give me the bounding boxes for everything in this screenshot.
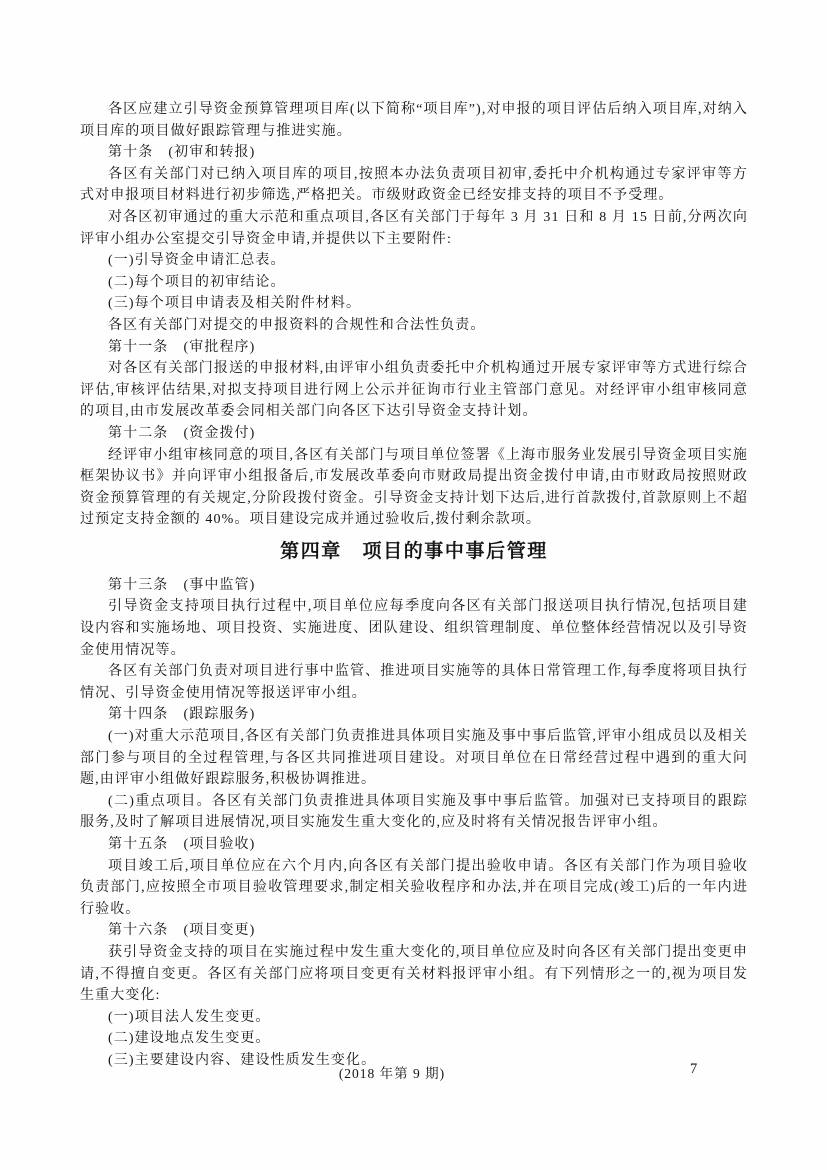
- paragraph: 对各区有关部门报送的申报材料,由评审小组负责委托中介机构通过开展专家评审等方式进…: [80, 358, 748, 423]
- article-heading: 第十二条 (资金拨付): [80, 423, 748, 445]
- list-item: (二)建设地点发生变更。: [80, 1028, 748, 1050]
- paragraph: 获引导资金支持的项目在实施过程中发生重大变化的,项目单位应及时向各区有关部门提出…: [80, 942, 748, 1007]
- paragraph: 各区有关部门对已纳入项目库的项目,按照本办法负责项目初审,委托中介机构通过专家评…: [80, 164, 748, 207]
- article-heading: 第十三条 (事中监管): [80, 575, 748, 597]
- article-heading: 第十四条 (跟踪服务): [80, 704, 748, 726]
- footer-page-number: 7: [690, 1061, 697, 1078]
- document-body: 各区应建立引导资金预算管理项目库(以下简称“项目库”),对申报的项目评估后纳入项…: [80, 99, 748, 1072]
- paragraph: 对各区初审通过的重大示范和重点项目,各区有关部门于每年 3 月 31 日和 8 …: [80, 207, 748, 250]
- list-item: (一)项目法人发生变更。: [80, 1007, 748, 1029]
- list-item: (二)每个项目的初审结论。: [80, 272, 748, 294]
- article-heading: 第十一条 (审批程序): [80, 337, 748, 359]
- chapter-heading: 第四章 项目的事中事后管理: [80, 540, 748, 564]
- article-heading: 第十五条 (项目验收): [80, 834, 748, 856]
- list-item: (三)每个项目申请表及相关附件材料。: [80, 293, 748, 315]
- paragraph: 各区有关部门对提交的申报资料的合规性和合法性负责。: [80, 315, 748, 337]
- paragraph: 经评审小组审核同意的项目,各区有关部门与项目单位签署《上海市服务业发展引导资金项…: [80, 445, 748, 531]
- article-heading: 第十六条 (项目变更): [80, 920, 748, 942]
- document-page: 各区应建立引导资金预算管理项目库(以下简称“项目库”),对申报的项目评估后纳入项…: [0, 0, 827, 1170]
- paragraph: 引导资金支持项目执行过程中,项目单位应每季度向各区有关部门报送项目执行情况,包括…: [80, 596, 748, 661]
- paragraph: 项目竣工后,项目单位应在六个月内,向各区有关部门提出验收申请。各区有关部门作为项…: [80, 856, 748, 921]
- article-heading: 第十条 (初审和转报): [80, 142, 748, 164]
- footer-issue-label: (2018 年第 9 期): [0, 1062, 784, 1082]
- paragraph: 各区有关部门负责对项目进行事中监管、推进项目实施等的具体日常管理工作,每季度将项…: [80, 661, 748, 704]
- paragraph: (一)对重大示范项目,各区有关部门负责推进具体项目实施及事中事后监管,评审小组成…: [80, 726, 748, 791]
- paragraph: 各区应建立引导资金预算管理项目库(以下简称“项目库”),对申报的项目评估后纳入项…: [80, 99, 748, 142]
- paragraph: (二)重点项目。各区有关部门负责推进具体项目实施及事中事后监管。加强对已支持项目…: [80, 791, 748, 834]
- list-item: (一)引导资金申请汇总表。: [80, 250, 748, 272]
